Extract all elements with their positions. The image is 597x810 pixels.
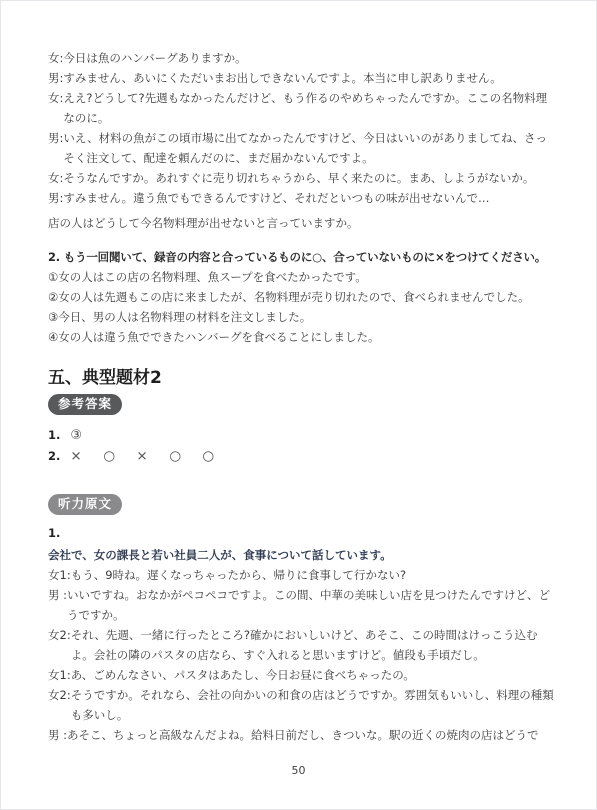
- dialogue-transcript-2: 女1: もう、9時ね。遅くなっちゃったから、帰りに食事して行かない? 男 : い…: [48, 565, 555, 745]
- dialogue-line: 男 : いいですね。おなかがペコペコですよ。この間、中華の美味しい店を見つけたん…: [48, 585, 555, 625]
- speaker-label: 女2:: [48, 625, 71, 665]
- speaker-label: 男:: [48, 128, 63, 168]
- statement-item: ①女の人はこの店の名物料理、魚スープを食べたかったです。: [48, 267, 555, 287]
- answer-mark: ○: [103, 446, 136, 466]
- answer-symbols: ×○×○○: [70, 446, 235, 466]
- dialogue-line: 女2: それ、先週、一緒に行ったところ?確かにおいしいけど、あそこ、この時間はけ…: [48, 625, 555, 665]
- scene-description: 会社で、女の課長と若い社員二人が、食事について話しています。: [48, 545, 555, 565]
- answer-mark: ○: [202, 446, 235, 466]
- dialogue-text: そうなんですか。あれすぐに売り切れちゃうから、早く来たのに。まあ、しようがないか…: [63, 168, 555, 188]
- dialogue-text: あ、ごめんなさい、パスタはあたし、今日お昼に食べちゃったの。: [71, 665, 555, 685]
- speaker-label: 女2:: [48, 685, 71, 725]
- speaker-label: 女:: [48, 88, 63, 128]
- dialogue-text: すみません。違う魚でもできるんですけど、それだといつもの味が出せないんで…: [63, 188, 555, 208]
- transcript-badge-row: 听力原文: [48, 494, 555, 515]
- page-number: 50: [1, 761, 596, 781]
- speaker-label: 男:: [48, 68, 63, 88]
- answer-number: 1.: [48, 425, 60, 445]
- statement-item: ③今日、男の人は名物料理の材料を注文しました。: [48, 307, 555, 327]
- speaker-label: 女1:: [48, 565, 71, 585]
- statement-item: ②女の人は先週もこの店に来ましたが、名物料理が売り切れたので、食べられませんでし…: [48, 287, 555, 307]
- dialogue-line: 女: 今日は魚のハンバーグありますか。: [48, 48, 555, 68]
- dialogue-line: 男: いえ、材料の魚がこの頃市場に出てなかったんですけど、今日はいいのがありまし…: [48, 128, 555, 168]
- dialogue-text: ええ?どうして?先週もなかったんだけど、もう作るのやめちゃったんですか。ここの名…: [63, 88, 555, 128]
- answer-badge: 参考答案: [48, 394, 122, 415]
- speaker-label: 男 :: [48, 585, 67, 625]
- dialogue-text: 今日は魚のハンバーグありますか。: [63, 48, 555, 68]
- dialogue-text: もう、9時ね。遅くなっちゃったから、帰りに食事して行かない?: [71, 565, 555, 585]
- statement-item: ④女の人は違う魚でできたハンバーグを食べることにしました。: [48, 327, 555, 347]
- speaker-label: 男:: [48, 188, 63, 208]
- section-heading: 五、典型题材2: [48, 366, 555, 390]
- answer-mark: ○: [169, 446, 202, 466]
- speaker-label: 女1:: [48, 665, 71, 685]
- dialogue-text: あそこ、ちょっと高級なんだよね。給料日前だし、きついな。駅の近くの焼肉の店はどう…: [67, 725, 555, 745]
- dialogue-line: 女1: あ、ごめんなさい、パスタはあたし、今日お昼に食べちゃったの。: [48, 665, 555, 685]
- answer-row-1: 1. ③: [48, 425, 555, 446]
- dialogue-text: いいですね。おなかがペコペコですよ。この間、中華の美味しい店を見つけたんですけど…: [67, 585, 555, 625]
- dialogue-line: 男 : あそこ、ちょっと高級なんだよね。給料日前だし、きついな。駅の近くの焼肉の…: [48, 725, 555, 745]
- dialogue-line: 男: すみません。違う魚でもできるんですけど、それだといつもの味が出せないんで…: [48, 188, 555, 208]
- transcript-item-number: 1.: [48, 523, 555, 543]
- dialogue-text: すみません、あいにくただいまお出しできないんですよ。本当に申し訳ありません。: [63, 68, 555, 88]
- answer-mark: ×: [70, 446, 103, 466]
- comprehension-question: 店の人はどうして今名物料理が出せないと言っていますか。: [48, 213, 555, 233]
- answer-row-2: 2. ×○×○○: [48, 446, 555, 466]
- dialogue-line: 女: ええ?どうして?先週もなかったんだけど、もう作るのやめちゃったんですか。こ…: [48, 88, 555, 128]
- dialogue-text: それ、先週、一緒に行ったところ?確かにおいしいけど、あそこ、この時間はけっこう込…: [71, 625, 555, 665]
- dialogue-transcript-1: 女: 今日は魚のハンバーグありますか。 男: すみません、あいにくただいまお出し…: [48, 48, 555, 208]
- answer-list: 1. ③ 2. ×○×○○: [48, 425, 555, 466]
- answer-badge-row: 参考答案: [48, 394, 555, 415]
- transcript-badge: 听力原文: [48, 494, 122, 515]
- answer-mark: ×: [136, 446, 169, 466]
- speaker-label: 男 :: [48, 725, 67, 745]
- speaker-label: 女:: [48, 168, 63, 188]
- task2-statements: ①女の人はこの店の名物料理、魚スープを食べたかったです。②女の人は先週もこの店に…: [48, 267, 555, 347]
- answer-number: 2.: [48, 446, 60, 466]
- dialogue-text: いえ、材料の魚がこの頃市場に出てなかったんですけど、今日はいいのがありましてね、…: [63, 128, 555, 168]
- speaker-label: 女:: [48, 48, 63, 68]
- document-page: 女: 今日は魚のハンバーグありますか。 男: すみません、あいにくただいまお出し…: [0, 0, 597, 810]
- dialogue-text: そうですか。それなら、会社の向かいの和食の店はどうですか。雰囲気もいいし、料理の…: [71, 685, 555, 725]
- dialogue-line: 女: そうなんですか。あれすぐに売り切れちゃうから、早く来たのに。まあ、しようが…: [48, 168, 555, 188]
- dialogue-line: 女2: そうですか。それなら、会社の向かいの和食の店はどうですか。雰囲気もいいし…: [48, 685, 555, 725]
- task2-instruction: 2. もう一回聞いて、録音の内容と合っているものに○、合っていないものに×をつけ…: [48, 247, 555, 267]
- dialogue-line: 男: すみません、あいにくただいまお出しできないんですよ。本当に申し訳ありません…: [48, 68, 555, 88]
- answer-value: ③: [70, 426, 82, 446]
- dialogue-line: 女1: もう、9時ね。遅くなっちゃったから、帰りに食事して行かない?: [48, 565, 555, 585]
